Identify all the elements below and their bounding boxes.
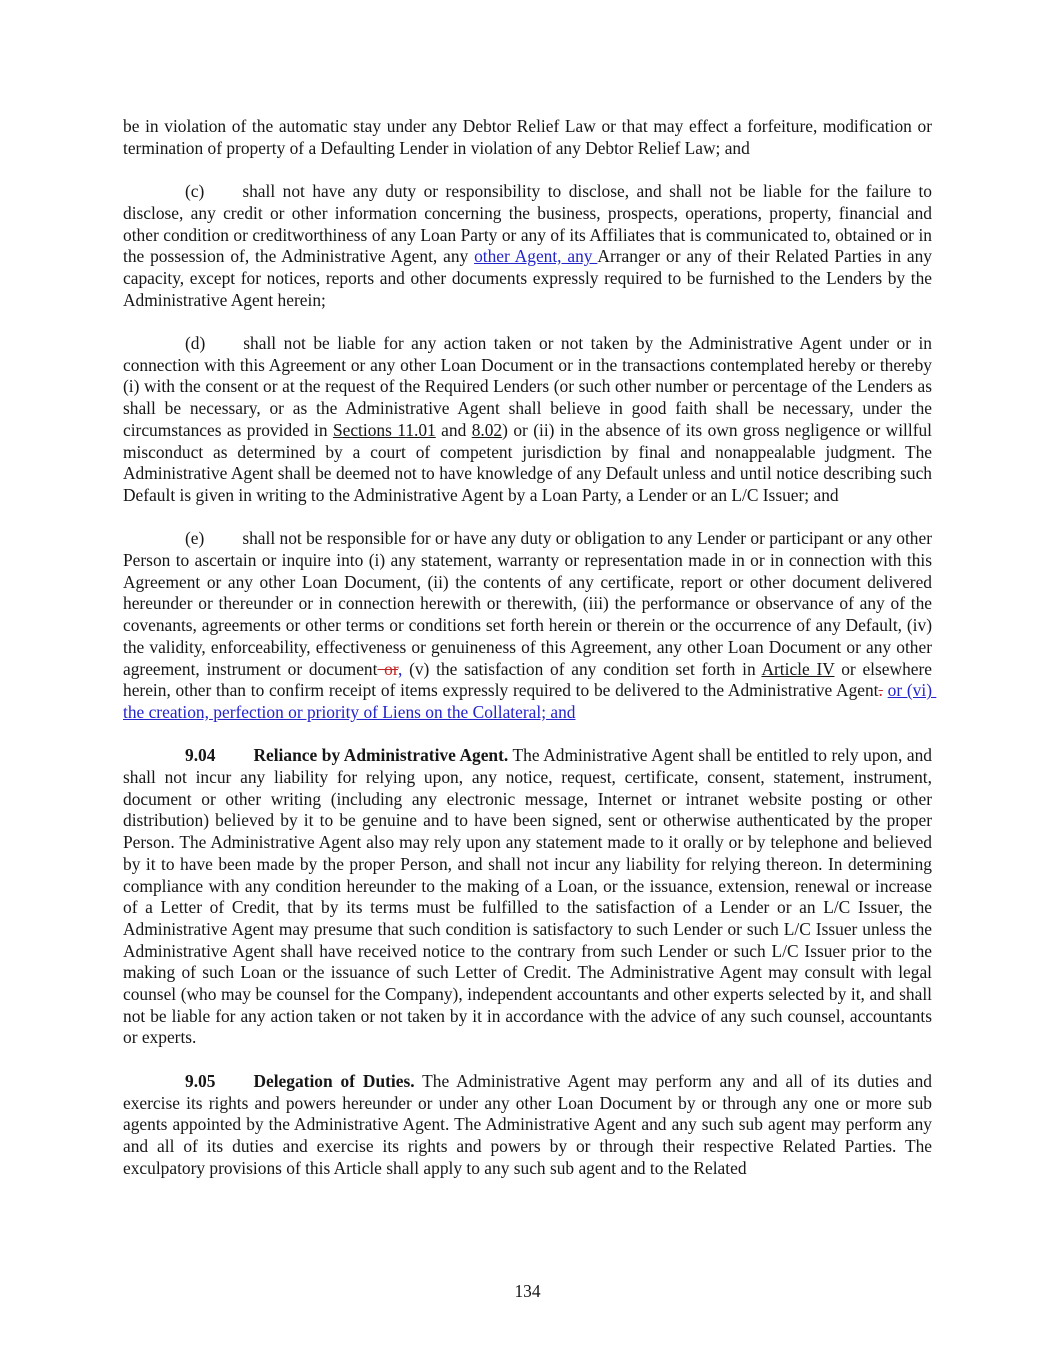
text-run-underline: 8.02 — [472, 420, 502, 440]
text-run-del: or — [377, 659, 398, 679]
text-run-bold: Delegation of Duties. — [253, 1071, 414, 1091]
paragraph-clause-d: (d)shall not be liable for any action ta… — [123, 333, 932, 507]
page-number: 134 — [514, 1281, 540, 1301]
text-run-bold: 9.05 — [185, 1071, 215, 1091]
text-run-normal: The Administrative Agent shall be entitl… — [123, 745, 936, 1047]
paragraph-section-9-04: 9.04Reliance by Administrative Agent. Th… — [123, 745, 932, 1049]
paragraph-section-9-05: 9.05Delegation of Duties. The Administra… — [123, 1071, 932, 1180]
text-run-underline: Sections 11.01 — [333, 420, 436, 440]
text-run-normal: The Administrative Agent may perform any… — [123, 1071, 936, 1178]
text-run-normal: (e) — [185, 528, 204, 548]
document-page: be in violation of the automatic stay un… — [0, 0, 1055, 1365]
paragraph-clause-e: (e)shall not be responsible for or have … — [123, 528, 932, 723]
paragraph-clause-c: (c)shall not have any duty or responsibi… — [123, 181, 932, 311]
page-footer: 134 — [0, 1281, 1055, 1303]
text-run-underline: Article IV — [761, 659, 834, 679]
text-run-normal: shall not be responsible for or have any… — [123, 528, 936, 678]
text-run-normal: and — [436, 420, 472, 440]
text-run-normal: (v) the satisfaction of any condition se… — [402, 659, 761, 679]
text-run-bold: 9.04 — [185, 745, 215, 765]
text-run-bold: Reliance by Administrative Agent. — [253, 745, 508, 765]
text-run-normal: (d) — [185, 333, 205, 353]
text-run-normal: (c) — [185, 181, 204, 201]
text-run-ins: other Agent, any — [474, 246, 597, 266]
paragraph-continuation: be in violation of the automatic stay un… — [123, 116, 932, 159]
text-run-normal: be in violation of the automatic stay un… — [123, 116, 936, 158]
